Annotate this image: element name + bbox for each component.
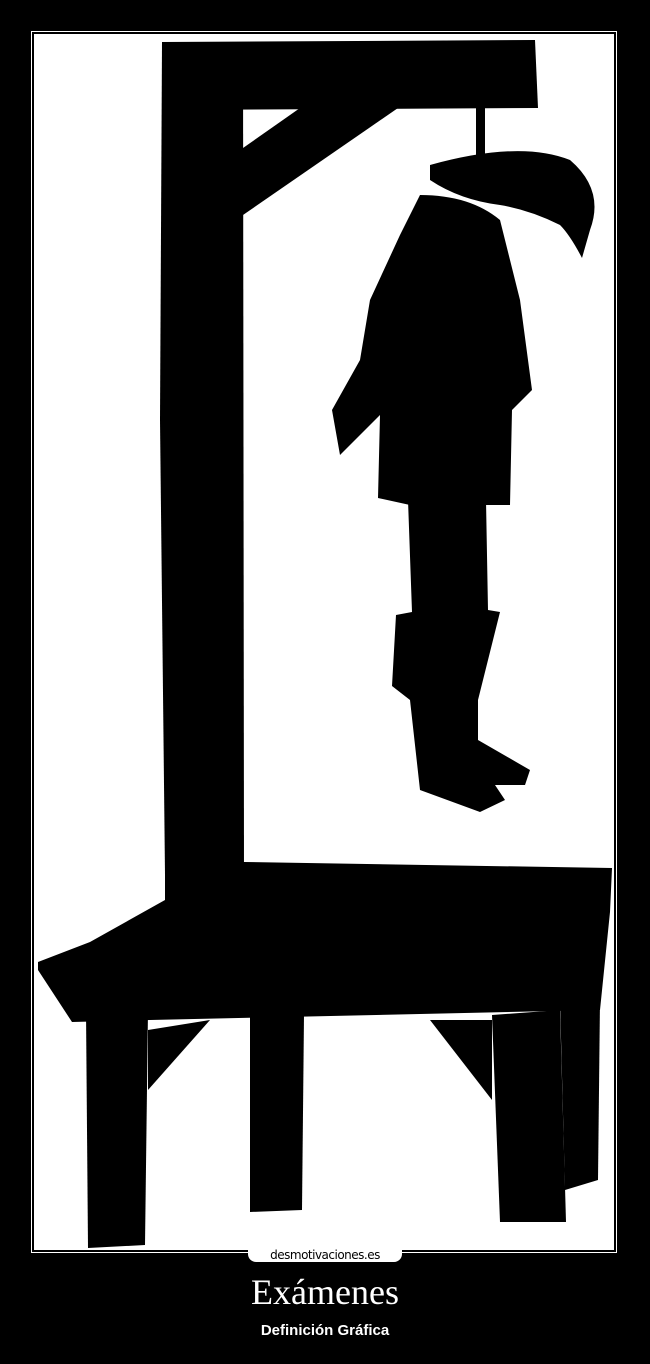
gallows-silhouette — [34, 34, 614, 1250]
watermark: desmotivaciones.es — [248, 1248, 402, 1262]
poster-title: Exámenes — [0, 1270, 650, 1314]
poster-subtitle: Definición Gráfica — [0, 1321, 650, 1341]
poster-image — [34, 34, 614, 1250]
